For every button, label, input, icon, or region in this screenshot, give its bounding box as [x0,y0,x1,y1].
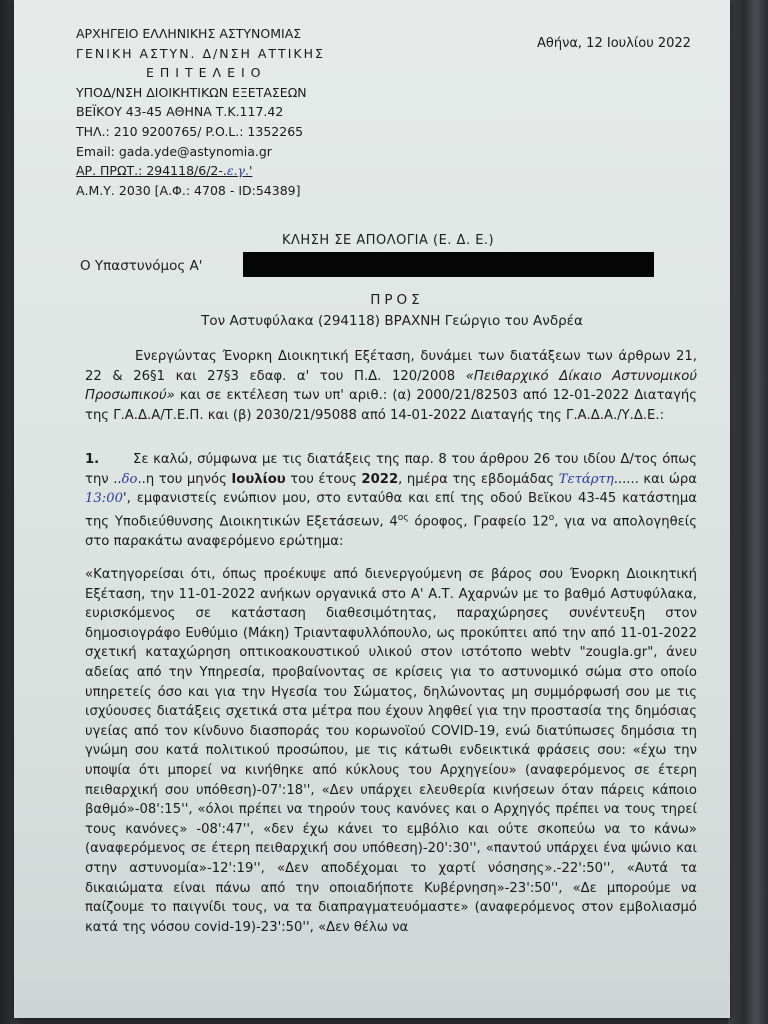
document-date: Αθήνα, 12 Ιουλίου 2022 [537,36,691,51]
letterhead-line: ΕΠΙΤΕΛΕΙΟ [76,63,325,83]
letterhead-line: ΤΗΛ.: 210 9200765/ P.O.L.: 1352265 [76,122,325,142]
intro-text: και σε εκτέλεση των υπ' αριθ.: (α) 2000/… [85,388,697,423]
summons-text: του έτους [286,472,362,487]
background-right [728,0,768,1024]
handwritten-weekday: Τετάρτη [559,472,614,487]
letterhead-line: ΒΕΪΚΟΥ 43-45 ΑΘΗΝΑ Τ.Κ.117.42 [76,102,325,122]
amy-reference: Α.Μ.Υ. 2030 [Α.Φ.: 4708 - ID:54389] [76,181,325,201]
item-number: 1. [85,450,133,470]
recipient: Τον Αστυφύλακα (294118) ΒΡΑΧΝΗ Γεώργιο τ… [14,313,730,329]
sender-rank: Ο Υπαστυνόμος Α' [80,258,203,274]
letterhead: ΑΡΧΗΓΕΙΟ ΕΛΛΗΝΙΚΗΣ ΑΣΤΥΝΟΜΙΑΣ ΓΕΝΙΚΗ ΑΣΤ… [76,24,325,200]
summons-paragraph: 1.Σε καλώ, σύμφωνα με τις διατάξεις της … [85,450,697,551]
summons-year: 2022 [361,472,398,487]
charge-paragraph: «Κατηγορείσαι ότι, όπως προέκυψε από διε… [85,565,697,937]
protocol-suffix: ' [249,163,252,178]
protocol-handwritten: ε.γ. [227,163,249,178]
handwritten-time: 13:00 [85,491,123,506]
letterhead-email: Email: gada.yde@astynomia.gr [76,142,325,162]
intro-paragraph: Ενεργώντας Ένορκη Διοικητική Εξέταση, δυ… [85,347,697,425]
letterhead-line: ΓΕΝΙΚΗ ΑΣΤΥΝ. Δ/ΝΣΗ ΑΤΤΙΚΗΣ [76,44,325,64]
summons-text: όροφος, Γραφείο 12 [409,514,549,529]
recipient-heading: ΠΡΟΣ [14,292,730,308]
letterhead-line: ΥΠΟΔ/ΝΣΗ ΔΙΟΙΚΗΤΙΚΩΝ ΕΞΕΤΑΣΕΩΝ [76,83,325,103]
protocol-label: ΑΡ. ΠΡΩΤ.: 294118/6/2-. [76,163,227,178]
summons-month: Ιουλίου [231,472,285,487]
protocol-number: ΑΡ. ΠΡΩΤ.: 294118/6/2-.ε.γ.' [76,161,325,181]
letterhead-line: ΑΡΧΗΓΕΙΟ ΕΛΛΗΝΙΚΗΣ ΑΣΤΥΝΟΜΙΑΣ [76,24,325,44]
document-page: ΑΡΧΗΓΕΙΟ ΕΛΛΗΝΙΚΗΣ ΑΣΤΥΝΟΜΙΑΣ ΓΕΝΙΚΗ ΑΣΤ… [14,0,730,1018]
summons-text: , ημέρα της εβδομάδας [398,472,559,487]
charge-text: «Κατηγορείσαι ότι, όπως προέκυψε από διε… [85,565,697,937]
handwritten-day: δο [122,472,138,487]
summons-text: ..η του μηνός [137,472,231,487]
document-title: ΚΛΗΣΗ ΣΕ ΑΠΟΛΟΓΙΑ (Ε. Δ. Ε.) [282,233,494,248]
redaction-bar [243,252,654,277]
summons-text: ...... και ώρα [614,472,697,487]
floor-superscript: ος [398,513,409,523]
